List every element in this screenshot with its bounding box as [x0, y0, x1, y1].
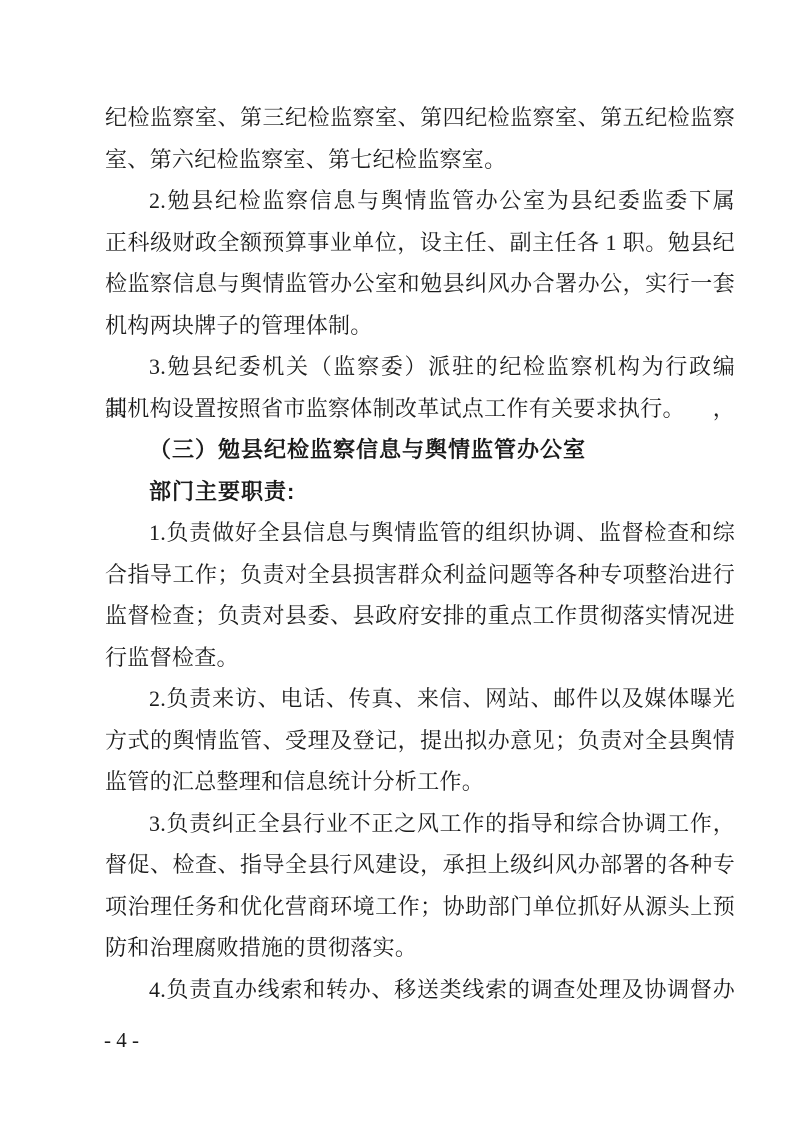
text-line: 纪检监察室、第三纪检监察室、第四纪检监察室、第五纪检监察	[105, 97, 735, 139]
text-line: 2.负责来访、电话、传真、来信、网站、邮件以及媒体曝光	[105, 678, 735, 720]
text-line: 部门主要职责:	[105, 471, 735, 513]
text-line: 其机构设置按照省市监察体制改革试点工作有关要求执行。	[105, 388, 735, 430]
text-line: 督促、检查、指导全县行风建设，承担上级纠风办部署的各种专	[105, 844, 735, 886]
text-line: 4.负责直办线索和转办、移送类线索的调查处理及协调督办	[105, 969, 735, 1011]
text-line: 方式的舆情监管、受理及登记，提出拟办意见；负责对全县舆情	[105, 720, 735, 762]
text-line: 检监察信息与舆情监管办公室和勉县纠风办合署办公，实行一套	[105, 263, 735, 305]
text-line: 1.负责做好全县信息与舆情监管的组织协调、监督检查和综	[105, 512, 735, 554]
text-line: 防和治理腐败措施的贯彻落实。	[105, 927, 735, 969]
text-line: 3.负责纠正全县行业不正之风工作的指导和综合协调工作，	[105, 803, 735, 845]
text-line: （三）勉县纪检监察信息与舆情监管办公室	[105, 429, 735, 471]
text-line: 正科级财政全额预算事业单位，设主任、副主任各 1 职。勉县纪	[105, 222, 735, 264]
text-line: 监督检查；负责对县委、县政府安排的重点工作贯彻落实情况进	[105, 595, 735, 637]
page-number: - 4 -	[104, 1026, 139, 1054]
text-line: 行监督检查。	[105, 637, 735, 679]
text-line: 合指导工作；负责对全县损害群众利益问题等各种专项整治进行	[105, 554, 735, 596]
text-line: 机构两块牌子的管理体制。	[105, 305, 735, 347]
text-line: 项治理任务和优化营商环境工作；协助部门单位抓好从源头上预	[105, 886, 735, 928]
document-body: 纪检监察室、第三纪检监察室、第四纪检监察室、第五纪检监察室、第六纪检监察室、第七…	[105, 97, 735, 1010]
text-line: 监管的汇总整理和信息统计分析工作。	[105, 761, 735, 803]
text-line: 室、第六纪检监察室、第七纪检监察室。	[105, 139, 735, 181]
text-line: 2.勉县纪检监察信息与舆情监管办公室为县纪委监委下属	[105, 180, 735, 222]
document-page: 纪检监察室、第三纪检监察室、第四纪检监察室、第五纪检监察室、第六纪检监察室、第七…	[0, 0, 793, 1122]
text-line: 3.勉县纪委机关（监察委）派驻的纪检监察机构为行政编制，	[105, 346, 735, 388]
